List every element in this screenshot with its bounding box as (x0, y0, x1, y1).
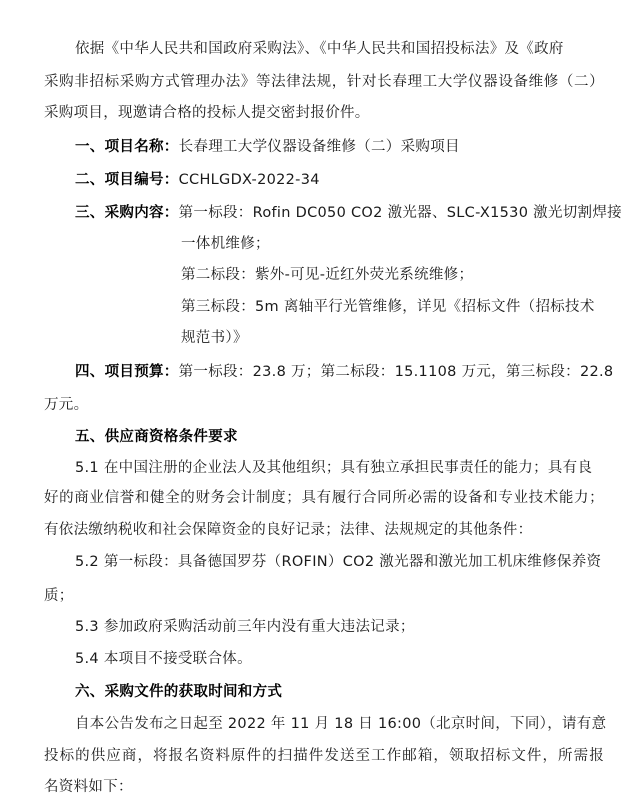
qualification-5-2-line-1: 5.2 第一标段：具备德国罗芬（ROFIN）CO2 激光器和激光加工机床维修保养… (75, 552, 601, 572)
content-line-5: 规范书）》 (181, 328, 248, 348)
section-label: 四、项目预算： (75, 364, 179, 380)
acquisition-line-1: 自本公告发布之日起至 2022 年 11 月 18 日 16:00（北京时间，下… (75, 714, 606, 734)
qualification-5-3: 5.3 参加政府采购活动前三年内没有重大违法记录； (75, 617, 415, 637)
section-label: 一、项目名称： (75, 139, 179, 155)
section-project-number: 二、项目编号：CCHLGDX-2022-34 (75, 170, 320, 190)
budget-line-2: 万元。 (44, 395, 88, 415)
content-line-1: 第一标段：Rofin DC050 CO2 激光器、SLC-X1530 激光切割焊… (179, 205, 622, 221)
acquisition-line-3: 名资料如下： (44, 777, 133, 797)
section-label: 三、采购内容： (75, 205, 179, 221)
section-label: 二、项目编号： (75, 172, 179, 188)
project-name-value: 长春理工大学仪器设备维修（二）采购项目 (179, 139, 460, 155)
section-procurement-content: 三、采购内容：第一标段：Rofin DC050 CO2 激光器、SLC-X153… (75, 203, 622, 223)
qualification-5-1-line-2: 好的商业信誉和健全的财务会计制度；具有履行合同所必需的设备和专业技术能力； (44, 488, 604, 508)
section-heading-document-acquisition: 六、采购文件的获取时间和方式 (75, 682, 282, 702)
content-line-3: 第二标段：紫外-可见-近红外荧光系统维修； (181, 265, 473, 285)
acquisition-line-2: 投标的供应商，将报名资料原件的扫描件发送至工作邮箱，领取招标文件，所需报 (44, 746, 604, 766)
qualification-5-1-line-3: 有依法缴纳税收和社会保障资金的良好记录；法律、法规规定的其他条件： (44, 520, 532, 540)
section-budget: 四、项目预算：第一标段：23.8 万；第二标段：15.1108 万元，第三标段：… (75, 362, 613, 382)
intro-line-2: 采购非招标采购方式管理办法》等法律法规，针对长春理工大学仪器设备维修（二） (44, 72, 604, 92)
intro-line-1: 依据《中华人民共和国政府采购法》、《中华人民共和国招投标法》及《政府 (75, 39, 564, 59)
qualification-5-1-line-1: 5.1 在中国注册的企业法人及其他组织；具有独立承担民事责任的能力；具有良 (75, 458, 592, 478)
section-heading-qualifications: 五、供应商资格条件要求 (75, 427, 238, 447)
content-line-4: 第三标段：5m 离轴平行光管维修，详见《招标文件（招标技术 (181, 297, 595, 317)
qualification-5-4: 5.4 本项目不接受联合体。 (75, 649, 252, 669)
intro-line-3: 采购项目，现邀请合格的投标人提交密封报价件。 (44, 103, 370, 123)
budget-line-1: 第一标段：23.8 万；第二标段：15.1108 万元，第三标段：22.8 (179, 364, 614, 380)
content-line-2: 一体机维修； (181, 234, 270, 254)
qualification-5-2-line-2: 质； (44, 586, 74, 606)
section-project-name: 一、项目名称：长春理工大学仪器设备维修（二）采购项目 (75, 137, 460, 157)
project-number-value: CCHLGDX-2022-34 (179, 172, 320, 188)
